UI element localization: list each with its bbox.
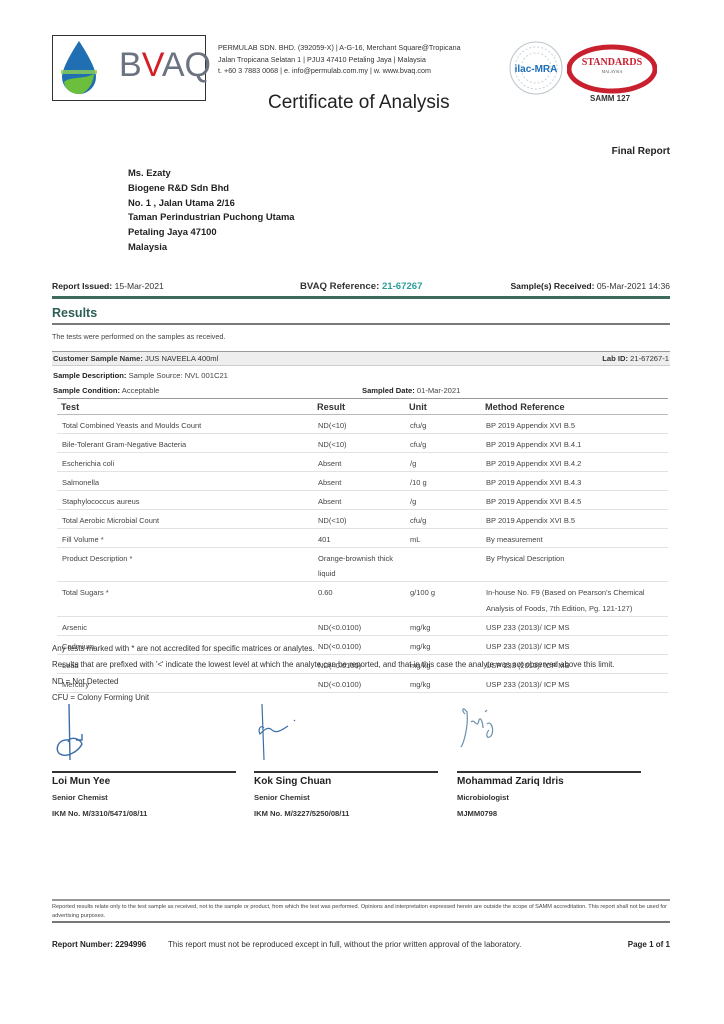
method-cell: BP 2019 Appendix XVI B.4.3 — [481, 472, 668, 491]
table-row: SalmonellaAbsent/10 gBP 2019 Appendix XV… — [57, 472, 668, 491]
signatory-id: MJMM0798 — [457, 809, 497, 818]
test-cell: Escherichia coli — [57, 453, 313, 472]
method-cell: BP 2019 Appendix XVI B.4.5 — [481, 491, 668, 510]
unit-cell: mL — [405, 529, 481, 548]
signatory-id: IKM No. M/3227/5250/08/11 — [254, 809, 349, 818]
unit-cell — [405, 548, 481, 582]
standards-malaysia-logo-icon: STANDARDS MALAYSIA ACCREDITED — [567, 44, 657, 94]
table-row: Escherichia coliAbsent/gBP 2019 Appendix… — [57, 453, 668, 472]
svg-text:ilac-MRA: ilac-MRA — [515, 64, 558, 75]
address-line: Malaysia — [128, 240, 295, 255]
signature-icon — [52, 700, 142, 768]
column-header-unit: Unit — [405, 399, 481, 415]
document-title: Certificate of Analysis — [268, 92, 450, 114]
bvaq-logo: BVAQ — [52, 35, 206, 101]
signature-icon — [254, 700, 344, 768]
disclaimer: Reported results relate only to the test… — [52, 903, 672, 920]
report-issued: Report Issued: 15-Mar-2021 — [52, 281, 164, 291]
signatory-name: Loi Mun Yee — [52, 776, 110, 787]
test-cell: Arsenic — [57, 617, 313, 636]
test-cell: Fill Volume * — [57, 529, 313, 548]
signatory-name: Mohammad Zariq Idris — [457, 776, 564, 787]
signatory-role: Microbiologist — [457, 793, 509, 802]
unit-cell: cfu/g — [405, 415, 481, 434]
customer-sample-name: Customer Sample Name: JUS NAVEELA 400ml — [53, 354, 218, 363]
test-cell: Total Aerobic Microbial Count — [57, 510, 313, 529]
signature-line — [52, 771, 236, 773]
column-header-test: Test — [57, 399, 313, 415]
table-row: Total Combined Yeasts and Moulds CountND… — [57, 415, 668, 434]
result-cell: ND(<10) — [313, 434, 405, 453]
test-cell: Product Description * — [57, 548, 313, 582]
address-line: No. 1 , Jalan Utama 2/16 — [128, 196, 295, 211]
report-status: Final Report — [612, 146, 670, 157]
divider — [52, 323, 670, 325]
sampled-date: Sampled Date: 01-Mar-2021 — [362, 386, 460, 395]
table-row: Total Aerobic Microbial CountND(<10)cfu/… — [57, 510, 668, 529]
samples-received: Sample(s) Received: 05-Mar-2021 14:36 — [510, 281, 670, 291]
signatory-role: Senior Chemist — [52, 793, 108, 802]
result-cell: Absent — [313, 472, 405, 491]
unit-cell: g/100 g — [405, 582, 481, 617]
sample-description: Sample Description: Sample Source: NVL 0… — [53, 371, 228, 380]
table-row: ArsenicND(<0.0100)mg/kgUSP 233 (2013)/ I… — [57, 617, 668, 636]
result-cell: Absent — [313, 491, 405, 510]
table-row: Bile-Tolerant Gram-Negative BacteriaND(<… — [57, 434, 668, 453]
unit-cell: cfu/g — [405, 510, 481, 529]
report-number: Report Number: 2294996 — [52, 940, 146, 949]
note: Any tests marked with * are not accredit… — [52, 641, 614, 657]
method-cell: BP 2019 Appendix XVI B.4.1 — [481, 434, 668, 453]
address-line: Biogene R&D Sdn Bhd — [128, 181, 295, 196]
lab-id: Lab ID: 21-67267-1 — [602, 354, 669, 363]
divider — [52, 296, 670, 299]
company-line: Jalan Tropicana Selatan 1 | PJU3 47410 P… — [218, 54, 461, 66]
result-cell: Orange-brownish thick liquid — [313, 548, 405, 582]
result-cell: 0.60 — [313, 582, 405, 617]
result-notes: Any tests marked with * are not accredit… — [52, 641, 614, 706]
address-line: Taman Perindustrian Puchong Utama — [128, 210, 295, 225]
company-line: t. +60 3 7883 0068 | e. info@permulab.co… — [218, 65, 461, 77]
unit-cell: /g — [405, 453, 481, 472]
column-header-method: Method Reference — [481, 399, 668, 415]
test-cell: Staphylococcus aureus — [57, 491, 313, 510]
test-cell: Total Combined Yeasts and Moulds Count — [57, 415, 313, 434]
signature-line — [457, 771, 641, 773]
company-line: PERMULAB SDN. BHD. (392059-X) | A-G-16, … — [218, 42, 461, 54]
result-cell: ND(<10) — [313, 510, 405, 529]
test-cell: Bile-Tolerant Gram-Negative Bacteria — [57, 434, 313, 453]
performed-note: The tests were performed on the samples … — [52, 332, 225, 341]
column-header-result: Result — [313, 399, 405, 415]
result-cell: 401 — [313, 529, 405, 548]
sample-condition: Sample Condition: Acceptable — [53, 386, 159, 395]
method-cell: By Physical Description — [481, 548, 668, 582]
table-row: Total Sugars *0.60g/100 gIn-house No. F9… — [57, 582, 668, 617]
result-cell: ND(<0.0100) — [313, 617, 405, 636]
method-cell: BP 2019 Appendix XVI B.5 — [481, 415, 668, 434]
address-line: Ms. Ezaty — [128, 166, 295, 181]
signature-icon — [457, 700, 547, 768]
result-cell: ND(<10) — [313, 415, 405, 434]
table-header-row: Test Result Unit Method Reference — [57, 399, 668, 415]
method-cell: By measurement — [481, 529, 668, 548]
svg-text:ACCREDITED: ACCREDITED — [596, 83, 629, 89]
test-cell: Total Sugars * — [57, 582, 313, 617]
note: Results that are prefixed with '<' indic… — [52, 657, 614, 673]
logo-wordmark: BVAQ — [119, 46, 211, 85]
page-number: Page 1 of 1 — [628, 940, 670, 949]
table-row: Staphylococcus aureusAbsent/gBP 2019 App… — [57, 491, 668, 510]
divider — [52, 921, 670, 923]
ilac-mra-logo-icon: ilac-MRA — [508, 40, 564, 96]
water-drop-icon — [59, 40, 99, 96]
note: ND = Not Detected — [52, 674, 614, 690]
unit-cell: cfu/g — [405, 434, 481, 453]
method-cell: BP 2019 Appendix XVI B.5 — [481, 510, 668, 529]
method-cell: USP 233 (2013)/ ICP MS — [481, 617, 668, 636]
signatory-role: Senior Chemist — [254, 793, 310, 802]
bvaq-reference: BVAQ Reference: 21-67267 — [300, 281, 422, 292]
reproduction-note: This report must not be reproduced excep… — [168, 940, 521, 949]
method-cell: BP 2019 Appendix XVI B.4.2 — [481, 453, 668, 472]
table-row: Fill Volume *401mLBy measurement — [57, 529, 668, 548]
signatory-name: Kok Sing Chuan — [254, 776, 331, 787]
unit-cell: /g — [405, 491, 481, 510]
results-heading: Results — [52, 306, 97, 320]
company-info: PERMULAB SDN. BHD. (392059-X) | A-G-16, … — [218, 42, 461, 77]
address-line: Petaling Jaya 47100 — [128, 225, 295, 240]
unit-cell: mg/kg — [405, 617, 481, 636]
svg-text:MALAYSIA: MALAYSIA — [602, 69, 623, 74]
samm-number: SAMM 127 — [590, 94, 630, 103]
signatory-id: IKM No. M/3310/5471/08/11 — [52, 809, 147, 818]
recipient-address: Ms. Ezaty Biogene R&D Sdn Bhd No. 1 , Ja… — [128, 166, 295, 255]
signature-line — [254, 771, 438, 773]
test-cell: Salmonella — [57, 472, 313, 491]
divider — [52, 899, 670, 901]
customer-sample-bar: Customer Sample Name: JUS NAVEELA 400ml … — [52, 351, 670, 366]
method-cell: In-house No. F9 (Based on Pearson's Chem… — [481, 582, 668, 617]
result-cell: Absent — [313, 453, 405, 472]
table-row: Product Description *Orange-brownish thi… — [57, 548, 668, 582]
svg-text:STANDARDS: STANDARDS — [582, 57, 643, 68]
unit-cell: /10 g — [405, 472, 481, 491]
